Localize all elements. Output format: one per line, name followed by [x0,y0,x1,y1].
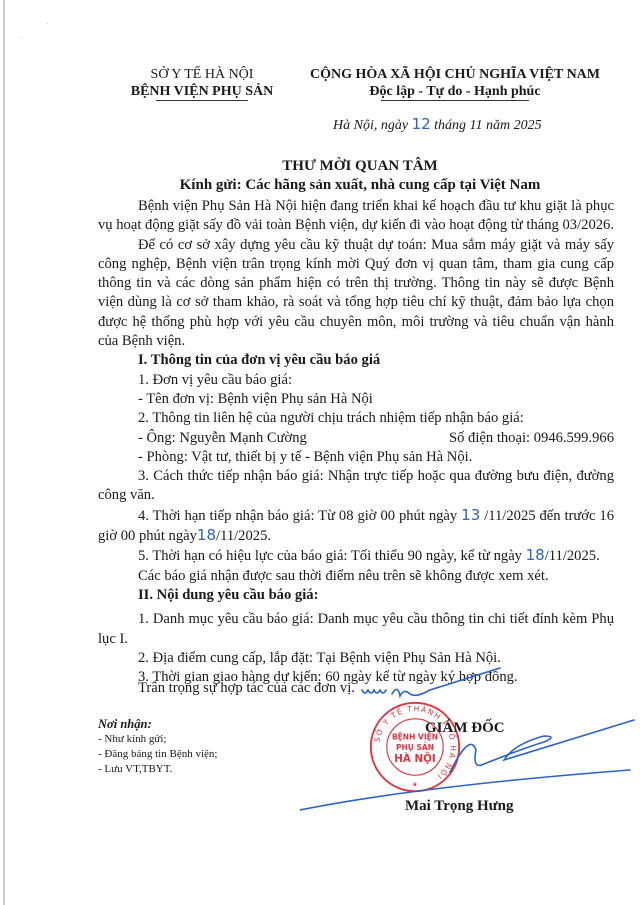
section1-item1: 1. Đơn vị yêu cầu báo giá: [98,371,614,390]
item4-day-end-handwritten: 18 [197,526,216,544]
section2-item1: 1. Danh mục yêu cầu báo giá: Danh mục yê… [98,610,614,649]
section1-item5: 5. Thời hạn có hiệu lực của báo giá: Tối… [98,546,614,566]
item5-text-a: 5. Thời hạn có hiệu lực của báo giá: Tối… [138,548,522,564]
national-title: CỘNG HÒA XÃ HỘI CHỦ NGHĨA VIỆT NAM [280,66,630,83]
recipients-label: Nơi nhận: [98,717,217,732]
section1-item4: 4. Thời hạn tiếp nhận báo giá: Từ 08 giờ… [98,506,614,547]
national-motto: Độc lập - Tự do - Hạnh phúc [280,83,630,100]
section1-unit-name: - Tên đơn vị: Bệnh viện Phụ sản Hà Nội [98,390,614,409]
issuer-hospital: BỆNH VIỆN PHỤ SẢN [107,83,297,100]
recipient-item: - Lưu VT,TBYT. [98,762,217,777]
recipient-item: - Đăng bảng tin Bệnh viện; [98,747,217,762]
section1-note: Các báo giá nhận được sau thời điểm nêu … [98,567,614,586]
section1-item2: 2. Thông tin liên hệ của người chịu trác… [98,409,614,428]
section2-heading: II. Nội dung yêu cầu báo giá: [98,586,614,605]
item4-text-c: /11/2025. [216,528,271,544]
national-header: CỘNG HÒA XÃ HỘI CHỦ NGHĨA VIỆT NAM Độc l… [280,66,630,101]
scan-speck: · [46,20,48,28]
item4-day-start-handwritten: 13 [461,506,480,524]
contact-phone: Số điện thoại: 0946.599.966 [449,429,614,448]
item4-text-a: 4. Thời hạn tiếp nhận báo giá: Từ 08 giờ… [138,508,457,524]
contact-row: - Ông: Nguyễn Mạnh Cường Số điện thoại: … [98,429,614,448]
document-body: Bệnh viện Phụ Sản Hà Nội hiện đang triển… [98,197,614,687]
section1-item3: 3. Cách thức tiếp nhận báo giá: Nhận trự… [98,467,614,506]
date-prefix: Hà Nội, ngày [333,118,408,133]
date-suffix: tháng 11 năm 2025 [434,118,541,133]
item5-day-handwritten: 18 [526,546,545,564]
recipient-item: - Như kính gửi; [98,732,217,747]
intro-paragraph-1: Bệnh viện Phụ Sản Hà Nội hiện đang triển… [98,197,614,236]
date-day-handwritten: 12 [412,115,431,133]
handwritten-signature-icon [300,660,640,820]
motto-underline [381,100,529,101]
recipients-block: Nơi nhận: - Như kính gửi; - Đăng bảng ti… [98,717,217,777]
scan-speck: · [20,34,22,42]
scan-edge-line [3,0,5,905]
contact-person: - Ông: Nguyễn Mạnh Cường [138,429,307,448]
intro-paragraph-2: Để có cơ sở xây dựng yêu cầu kỹ thuật dự… [98,236,614,352]
document-title: THƯ MỜI QUAN TÂM [90,158,630,175]
item5-text-b: /11/2025. [545,548,600,564]
issuer-underline [156,100,248,101]
contact-department: - Phòng: Vật tư, thiết bị y tế - Bệnh vi… [98,448,614,467]
document-addressee: Kính gửi: Các hãng sản xuất, nhà cung cấ… [90,177,630,194]
section1-heading: I. Thông tin của đơn vị yêu cầu báo giá [98,351,614,370]
issuer-header: SỞ Y TẾ HÀ NỘI BỆNH VIỆN PHỤ SẢN [107,66,297,101]
issuer-department: SỞ Y TẾ HÀ NỘI [107,66,297,83]
document-date: Hà Nội, ngày 12 tháng 11 năm 2025 [333,115,542,134]
